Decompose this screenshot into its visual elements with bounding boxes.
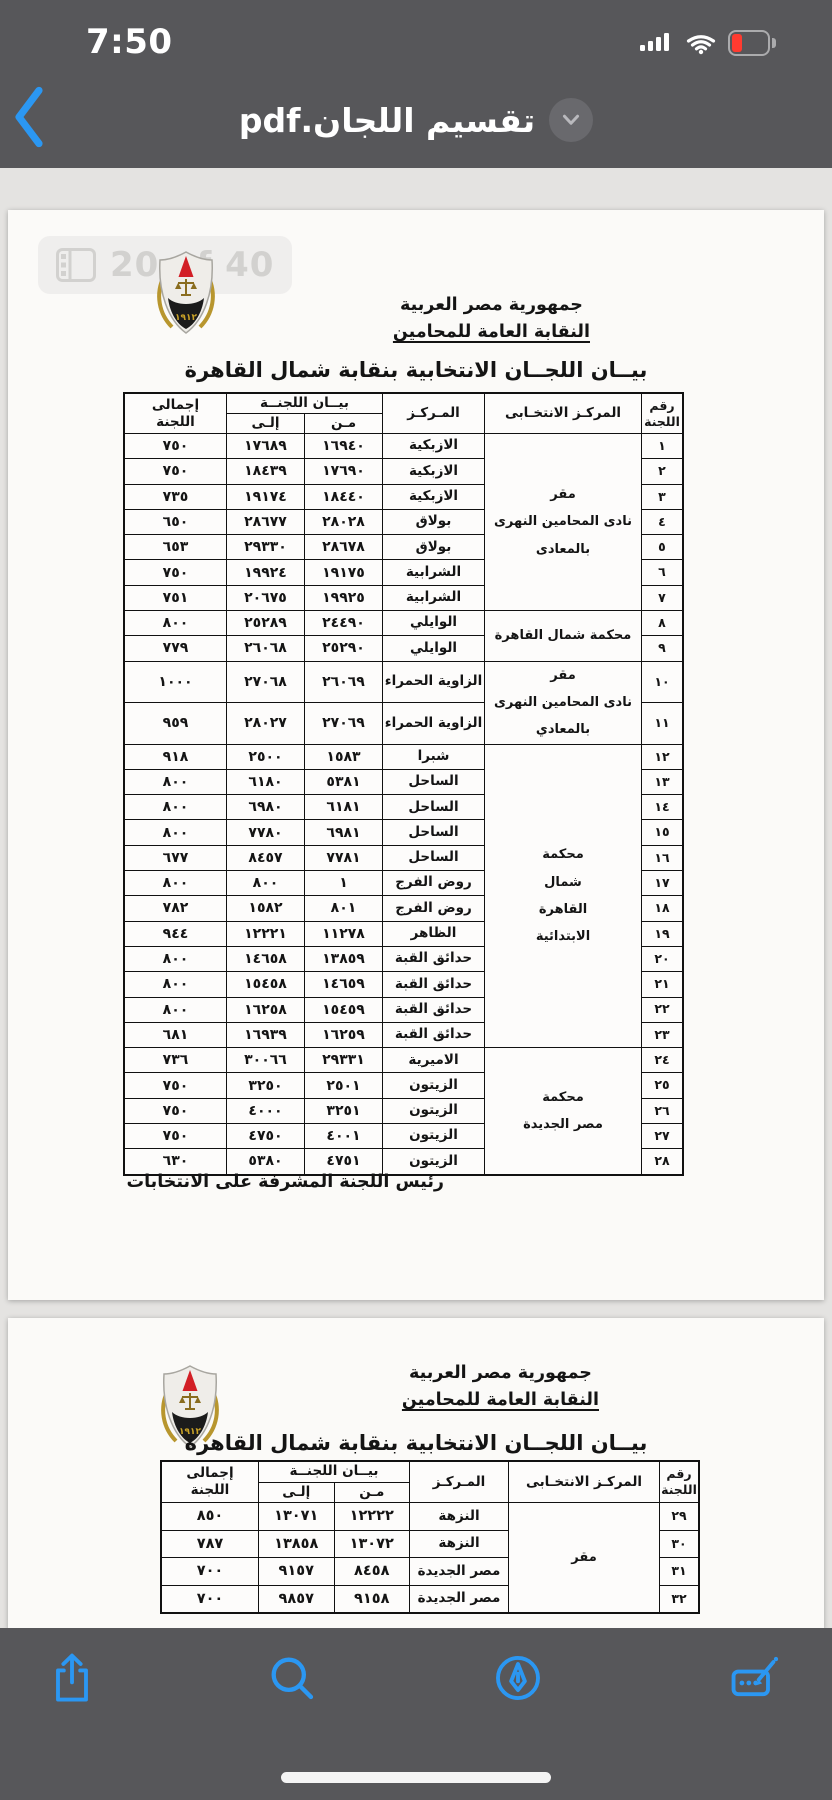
from-cell: ٩١٥٨ — [334, 1585, 410, 1613]
from-cell: ١٧٦٩٠ — [305, 459, 383, 484]
table-body-page1: ١مقر نادى المحامين النهرى بالمعادىالازبك… — [124, 434, 683, 1175]
district-cell: بولاق — [383, 535, 485, 560]
cellular-signal-icon — [640, 31, 674, 55]
to-cell: ٩٨٥٧ — [259, 1585, 335, 1613]
table-row: ٨محكمة شمال القاهرةالوايلي٢٤٤٩٠٢٥٢٨٩٨٠٠ — [124, 611, 683, 636]
signature-icon — [728, 1650, 780, 1706]
from-cell: ٦١٨١ — [305, 795, 383, 820]
from-cell: ١٦٢٥٩ — [305, 1022, 383, 1047]
total-cell: ٧٠٠ — [161, 1558, 259, 1586]
from-cell: ٨٠١ — [305, 896, 383, 921]
to-cell: ١٧٦٨٩ — [227, 434, 305, 459]
total-cell: ٧٥٠ — [124, 459, 227, 484]
committee-number-cell: ٨ — [642, 611, 684, 636]
share-icon — [46, 1650, 98, 1706]
from-cell: ١٩١٧٥ — [305, 560, 383, 585]
committee-number-cell: ٢ — [642, 459, 684, 484]
battery-icon — [728, 30, 780, 56]
from-cell: ١٢٢٢٢ — [334, 1503, 410, 1531]
district-cell: الزاوية الحمراء — [383, 703, 485, 744]
to-cell: ٦٩٨٠ — [227, 795, 305, 820]
table-header: رقم اللجنة المركـز الانتخـابى المـركـز ب… — [124, 393, 683, 434]
signature-button[interactable] — [728, 1650, 780, 1706]
total-cell: ٨٠٠ — [124, 769, 227, 794]
header-district: المـركـز — [383, 393, 485, 434]
to-cell: ١٣٠٧١ — [259, 1503, 335, 1531]
to-cell: ٤٧٥٠ — [227, 1124, 305, 1149]
nav-title-row: تقسيم اللجان.pdf — [0, 88, 832, 152]
total-cell: ٦٨١ — [124, 1022, 227, 1047]
from-cell: ٢٦٠٦٩ — [305, 661, 383, 702]
district-cell: الزيتون — [383, 1098, 485, 1123]
total-cell: ٨٠٠ — [124, 820, 227, 845]
committee-number-cell: ٣١ — [660, 1558, 700, 1586]
district-cell: النزهة — [410, 1530, 509, 1558]
committee-number-cell: ٢٨ — [642, 1149, 684, 1175]
from-cell: ٣٢٥١ — [305, 1098, 383, 1123]
doc-title: بيــان اللجــان الانتخابية بنقابة شمال ا… — [8, 358, 824, 382]
electoral-center-cell: محكمة شمال القاهرة — [485, 611, 642, 662]
markup-icon — [492, 1650, 544, 1706]
to-cell: ٢٨٦٧٧ — [227, 509, 305, 534]
district-cell: الازبكية — [383, 484, 485, 509]
header-to: إلـى — [227, 414, 305, 434]
to-cell: ٨٠٠ — [227, 871, 305, 896]
header-committee-number: رقم اللجنة — [660, 1461, 700, 1503]
total-cell: ٧٥٠ — [124, 560, 227, 585]
committee-number-cell: ٢٢ — [642, 997, 684, 1022]
from-cell: ٢٩٣٣١ — [305, 1048, 383, 1073]
district-cell: الزيتون — [383, 1073, 485, 1098]
committee-number-cell: ١٨ — [642, 896, 684, 921]
from-cell: ٤٠٠١ — [305, 1124, 383, 1149]
total-cell: ٨٠٠ — [124, 611, 227, 636]
to-cell: ٣٠٠٦٦ — [227, 1048, 305, 1073]
district-cell: حدائق القبة — [383, 1022, 485, 1047]
from-cell: ٢٧٠٦٩ — [305, 703, 383, 744]
committee-number-cell: ٣ — [642, 484, 684, 509]
district-cell: بولاق — [383, 509, 485, 534]
from-cell: ٢٨٠٢٨ — [305, 509, 383, 534]
to-cell: ١٩١٧٤ — [227, 484, 305, 509]
committee-number-cell: ١٢ — [642, 744, 684, 769]
markup-button[interactable] — [492, 1650, 544, 1706]
district-cell: مصر الجديدة — [410, 1558, 509, 1586]
header-organization: النقابة العامة للمحامين — [393, 319, 590, 346]
district-cell: الزاوية الحمراء — [383, 661, 485, 702]
header-total: إجمالى اللجنة — [124, 393, 227, 434]
total-cell: ٧٨٢ — [124, 896, 227, 921]
total-cell: ٧٥٠ — [124, 1124, 227, 1149]
doc-footer: رئيس اللجنة المشرفة على الانتخابات — [126, 1172, 444, 1192]
to-cell: ١٤٦٥٨ — [227, 946, 305, 971]
total-cell: ٨٠٠ — [124, 997, 227, 1022]
to-cell: ١٥٤٥٨ — [227, 972, 305, 997]
header-electoral-center: المركـز الانتخـابى — [485, 393, 642, 434]
from-cell: ٥٣٨١ — [305, 769, 383, 794]
electoral-center-cell: مقر نادى المحامين النهرى بالمعادي — [485, 661, 642, 744]
pdf-page-1: 20 of 40 ١٩١٢ جمهورية مصر العربية النقاب… — [8, 210, 824, 1300]
table-row: ١مقر نادى المحامين النهرى بالمعادىالازبك… — [124, 434, 683, 459]
electoral-center-cell: مقر — [509, 1503, 660, 1614]
header-total: إجمالى اللجنة — [161, 1461, 259, 1503]
status-bar: 7:50 — [0, 0, 832, 80]
committee-number-cell: ١٤ — [642, 795, 684, 820]
committee-number-cell: ٧ — [642, 585, 684, 610]
committee-number-cell: ٢١ — [642, 972, 684, 997]
header-organization: النقابة العامة للمحامين — [402, 1387, 599, 1414]
committee-number-cell: ١٦ — [642, 845, 684, 870]
total-cell: ٩٤٤ — [124, 921, 227, 946]
to-cell: ٢٦٠٦٨ — [227, 636, 305, 661]
doc-header: جمهورية مصر العربية النقابة العامة للمحا… — [393, 292, 590, 346]
clock: 7:50 — [86, 22, 173, 62]
committee-number-cell: ١٠ — [642, 661, 684, 702]
district-cell: الساحل — [383, 769, 485, 794]
to-cell: ٦١٨٠ — [227, 769, 305, 794]
header-committee-detail: بيــان اللجنــة — [259, 1461, 410, 1482]
to-cell: ١٦٢٥٨ — [227, 997, 305, 1022]
committee-number-cell: ١٥ — [642, 820, 684, 845]
committee-number-cell: ٢٩ — [660, 1503, 700, 1531]
committee-number-cell: ٣٢ — [660, 1585, 700, 1613]
total-cell: ٧٥٠ — [124, 434, 227, 459]
table-row: ١٠مقر نادى المحامين النهرى بالمعاديالزاو… — [124, 661, 683, 702]
electoral-center-cell: محكمة شمال القاهرة الابتدائية — [485, 744, 642, 1048]
to-cell: ٣٢٥٠ — [227, 1073, 305, 1098]
committee-number-cell: ٦ — [642, 560, 684, 585]
total-cell: ٧٧٩ — [124, 636, 227, 661]
district-cell: الظاهر — [383, 921, 485, 946]
header-country: جمهورية مصر العربية — [393, 292, 590, 319]
total-cell: ٨٠٠ — [124, 972, 227, 997]
committee-number-cell: ٢٤ — [642, 1048, 684, 1073]
from-cell: ١٨٤٤٠ — [305, 484, 383, 509]
committee-number-cell: ١ — [642, 434, 684, 459]
to-cell: ١٩٩٢٤ — [227, 560, 305, 585]
electoral-center-cell: مقر نادى المحامين النهرى بالمعادى — [485, 434, 642, 611]
from-cell: ١٤٦٥٩ — [305, 972, 383, 997]
from-cell: ٨٤٥٨ — [334, 1558, 410, 1586]
from-cell: ٢٤٤٩٠ — [305, 611, 383, 636]
document-title: تقسيم اللجان.pdf — [239, 101, 535, 140]
nav-bar: تقسيم اللجان.pdf — [0, 80, 832, 168]
from-cell: ١٥٤٥٩ — [305, 997, 383, 1022]
header-district: المـركـز — [410, 1461, 509, 1503]
logo-year: ١٩١٢ — [175, 313, 197, 323]
committee-number-cell: ٢٣ — [642, 1022, 684, 1047]
from-cell: ٦٩٨١ — [305, 820, 383, 845]
status-icons — [640, 30, 780, 56]
committee-number-cell: ٢٥ — [642, 1073, 684, 1098]
total-cell: ٩٥٩ — [124, 703, 227, 744]
committee-number-cell: ١١ — [642, 703, 684, 744]
district-cell: الاميرية — [383, 1048, 485, 1073]
total-cell: ٨٥٠ — [161, 1503, 259, 1531]
to-cell: ٨٤٥٧ — [227, 845, 305, 870]
total-cell: ٦٧٧ — [124, 845, 227, 870]
total-cell: ٦٥٣ — [124, 535, 227, 560]
committees-table-page1: رقم اللجنة المركـز الانتخـابى المـركـز ب… — [123, 392, 684, 1176]
district-cell: الزيتون — [383, 1124, 485, 1149]
table-body-page2: ٢٩مقرالنزهة١٢٢٢٢١٣٠٧١٨٥٠٣٠النزهة١٣٠٧٢١٣٨… — [161, 1503, 699, 1614]
search-button[interactable] — [266, 1650, 318, 1706]
committee-number-cell: ١٧ — [642, 871, 684, 896]
electoral-center-cell: محكمة مصر الجديدة — [485, 1048, 642, 1175]
header-committee-number: رقم اللجنة — [642, 393, 684, 434]
district-cell: حدائق القبة — [383, 997, 485, 1022]
iphone-screen: 7:50 — [0, 0, 832, 1800]
total-cell: ٧٣٥ — [124, 484, 227, 509]
thumbnails-icon — [56, 248, 96, 282]
from-cell: ١٣٠٧٢ — [334, 1530, 410, 1558]
district-cell: الوايلي — [383, 611, 485, 636]
search-icon — [266, 1650, 318, 1706]
to-cell: ١٨٤٣٩ — [227, 459, 305, 484]
district-cell: الشرابية — [383, 585, 485, 610]
district-cell: الساحل — [383, 795, 485, 820]
committee-number-cell: ٢٠ — [642, 946, 684, 971]
committees-table-page2: رقم اللجنة المركـز الانتخـابى المـركـز ب… — [160, 1460, 700, 1614]
from-cell: ٤٧٥١ — [305, 1149, 383, 1175]
district-cell: روض الفرج — [383, 871, 485, 896]
total-cell: ٧٥٠ — [124, 1073, 227, 1098]
header-from: مـن — [305, 414, 383, 434]
from-cell: ٢٨٦٧٨ — [305, 535, 383, 560]
to-cell: ٢٥٢٨٩ — [227, 611, 305, 636]
total-cell: ٧٣٦ — [124, 1048, 227, 1073]
share-button[interactable] — [46, 1650, 98, 1706]
header-from: مـن — [334, 1482, 410, 1503]
total-cell: ٦٥٠ — [124, 509, 227, 534]
to-cell: ٢٩٣٣٠ — [227, 535, 305, 560]
header-country: جمهورية مصر العربية — [402, 1360, 599, 1387]
header-to: إلـى — [259, 1482, 335, 1503]
total-cell: ٧٠٠ — [161, 1585, 259, 1613]
total-cell: ٨٠٠ — [124, 871, 227, 896]
from-cell: ٢٥٠١ — [305, 1073, 383, 1098]
committee-number-cell: ٣٠ — [660, 1530, 700, 1558]
to-cell: ٤٠٠٠ — [227, 1098, 305, 1123]
table-row: ٢٩مقرالنزهة١٢٢٢٢١٣٠٧١٨٥٠ — [161, 1503, 699, 1531]
total-cell: ٧٨٧ — [161, 1530, 259, 1558]
table-header: رقم اللجنة المركـز الانتخـابى المـركـز ب… — [161, 1461, 699, 1503]
header-electoral-center: المركـز الانتخـابى — [509, 1461, 660, 1503]
pdf-page-2: ١٩١٢ جمهورية مصر العربية النقابة العامة … — [8, 1318, 824, 1630]
committee-number-cell: ٩ — [642, 636, 684, 661]
committee-number-cell: ٢٦ — [642, 1098, 684, 1123]
doc-header: جمهورية مصر العربية النقابة العامة للمحا… — [402, 1360, 599, 1414]
to-cell: ٢٧٠٦٨ — [227, 661, 305, 702]
wifi-icon — [685, 31, 717, 55]
total-cell: ١٠٠٠ — [124, 661, 227, 702]
header-committee-detail: بيــان اللجنــة — [227, 393, 383, 414]
to-cell: ١٢٢٢١ — [227, 921, 305, 946]
bar-association-logo: ١٩١٢ — [150, 248, 222, 336]
pdf-viewport[interactable]: 20 of 40 ١٩١٢ جمهورية مصر العربية النقاب… — [0, 168, 832, 1628]
from-cell: ١٣٨٥٩ — [305, 946, 383, 971]
total-cell: ٨٠٠ — [124, 946, 227, 971]
district-cell: روض الفرج — [383, 896, 485, 921]
home-indicator[interactable] — [281, 1772, 551, 1783]
table-row: ٢٤محكمة مصر الجديدةالاميرية٢٩٣٣١٣٠٠٦٦٧٣٦ — [124, 1048, 683, 1073]
table-row: ١٢محكمة شمال القاهرة الابتدائيةشبرا١٥٨٣٢… — [124, 744, 683, 769]
total-cell: ٧٥١ — [124, 585, 227, 610]
to-cell: ١٣٨٥٨ — [259, 1530, 335, 1558]
chevron-down-icon — [557, 106, 585, 134]
from-cell: ٢٥٢٩٠ — [305, 636, 383, 661]
to-cell: ١٦٩٣٩ — [227, 1022, 305, 1047]
total-cell: ٦٣٠ — [124, 1149, 227, 1175]
to-cell: ٢٨٠٢٧ — [227, 703, 305, 744]
from-cell: ٧٧٨١ — [305, 845, 383, 870]
from-cell: ١٥٨٣ — [305, 744, 383, 769]
district-cell: مصر الجديدة — [410, 1585, 509, 1613]
district-cell: الساحل — [383, 845, 485, 870]
committee-number-cell: ٥ — [642, 535, 684, 560]
to-cell: ٢٥٠٠ — [227, 744, 305, 769]
total-cell: ٨٠٠ — [124, 795, 227, 820]
district-cell: الازبكية — [383, 434, 485, 459]
committee-number-cell: ٤ — [642, 509, 684, 534]
total-cell: ٧٥٠ — [124, 1098, 227, 1123]
to-cell: ٥٣٨٠ — [227, 1149, 305, 1175]
district-cell: شبرا — [383, 744, 485, 769]
to-cell: ٧٧٨٠ — [227, 820, 305, 845]
doc-title: بيــان اللجــان الانتخابية بنقابة شمال ا… — [8, 1431, 824, 1455]
district-cell: حدائق القبة — [383, 972, 485, 997]
district-cell: الزيتون — [383, 1149, 485, 1175]
district-cell: الشرابية — [383, 560, 485, 585]
battery-level-low — [732, 34, 742, 52]
to-cell: ١٥٨٢ — [227, 896, 305, 921]
from-cell: ١١٢٧٨ — [305, 921, 383, 946]
district-cell: الازبكية — [383, 459, 485, 484]
district-cell: الوايلي — [383, 636, 485, 661]
district-cell: حدائق القبة — [383, 946, 485, 971]
from-cell: ١٦٩٤٠ — [305, 434, 383, 459]
total-cell: ٩١٨ — [124, 744, 227, 769]
title-menu-button[interactable] — [549, 98, 593, 142]
from-cell: ١ — [305, 871, 383, 896]
to-cell: ٩١٥٧ — [259, 1558, 335, 1586]
district-cell: النزهة — [410, 1503, 509, 1531]
committee-number-cell: ١٩ — [642, 921, 684, 946]
battery-nub — [772, 38, 776, 48]
district-cell: الساحل — [383, 820, 485, 845]
committee-number-cell: ٢٧ — [642, 1124, 684, 1149]
committee-number-cell: ١٣ — [642, 769, 684, 794]
to-cell: ٢٠٦٧٥ — [227, 585, 305, 610]
from-cell: ١٩٩٢٥ — [305, 585, 383, 610]
